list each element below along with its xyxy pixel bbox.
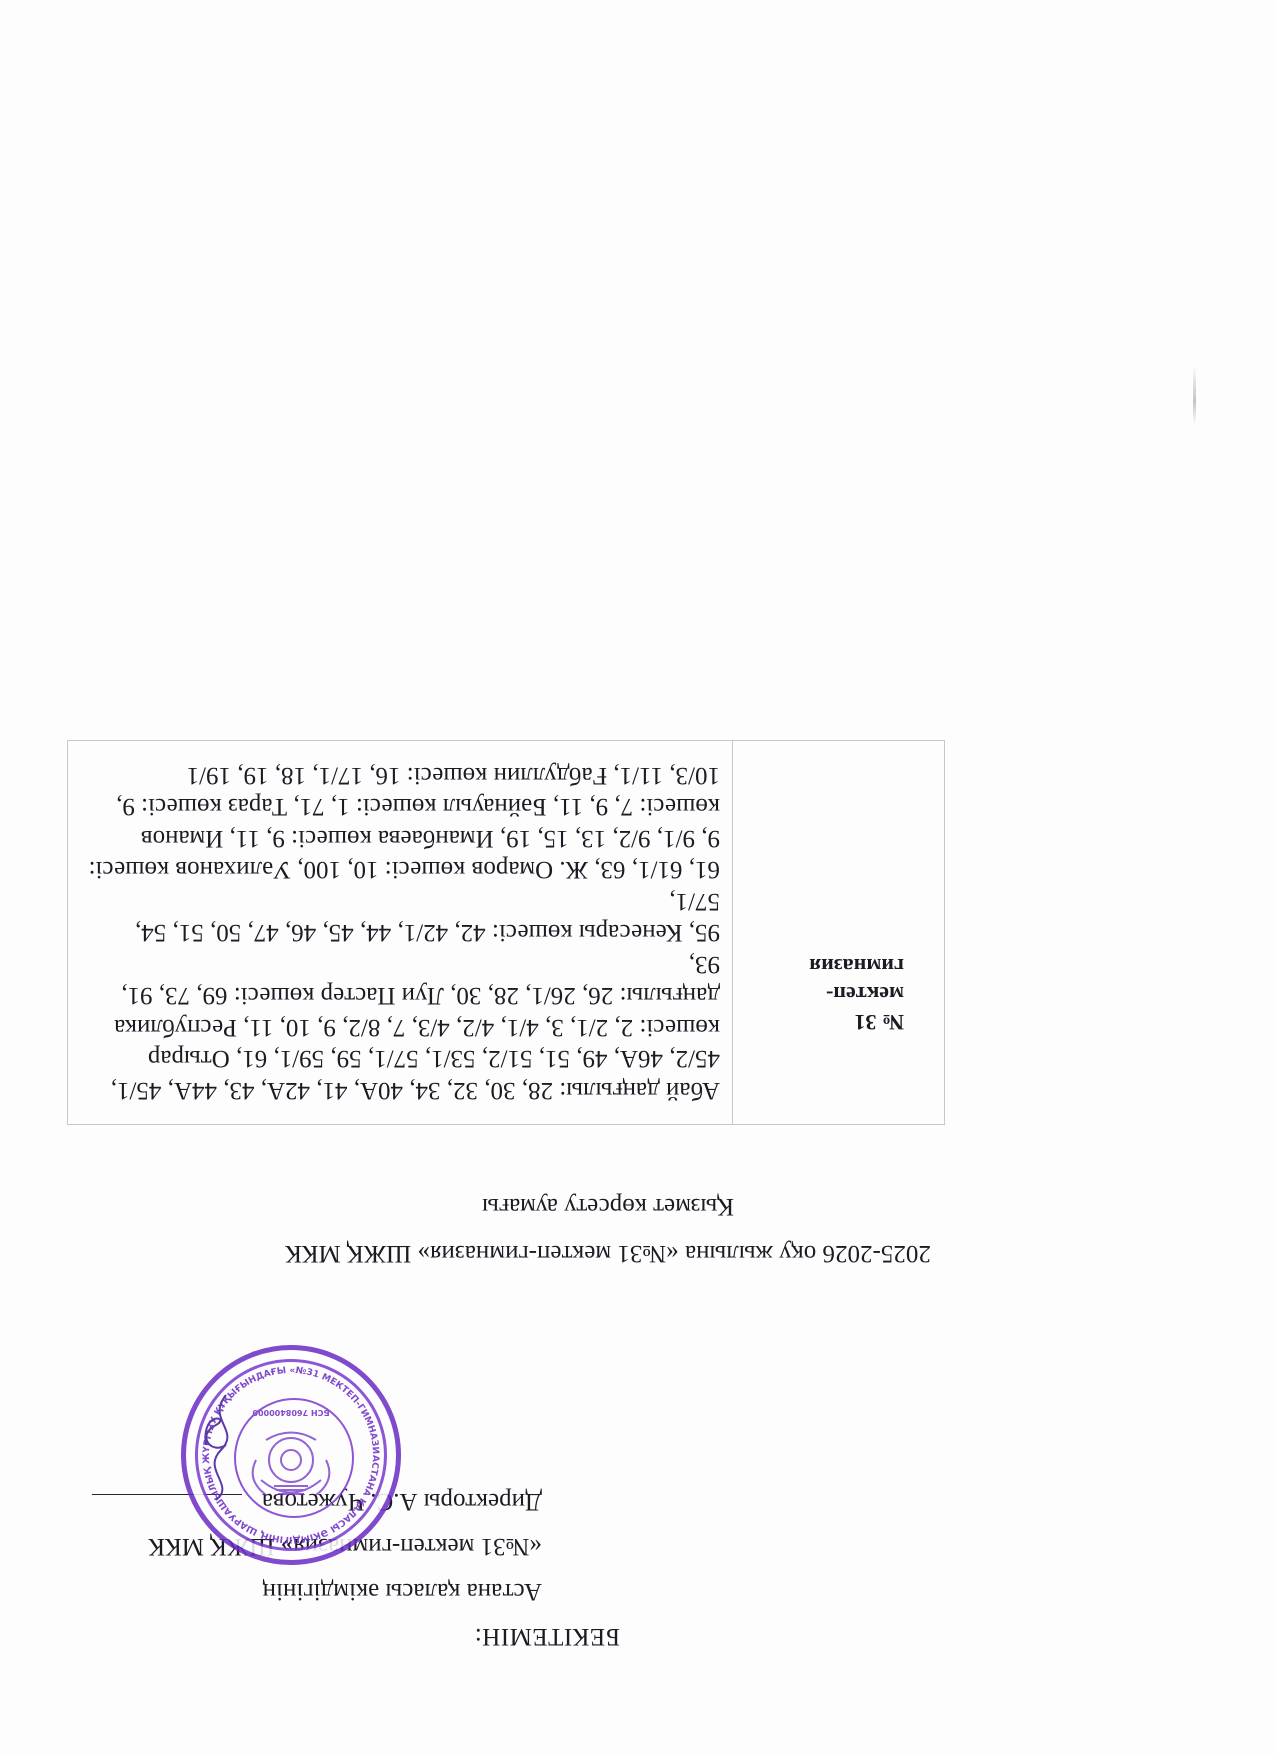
address-line: даңғылы: 26, 26/1, 28, 30, Луи Пастер кө… <box>88 949 720 1012</box>
school-name-line: № 31 <box>741 1008 904 1036</box>
document-subtitle: Қызмет көрсету аумағы <box>0 1192 1276 1220</box>
approval-organization: «№31 мектеп-гимназия» ШЖҚ МКК <box>60 1524 620 1569</box>
scan-artifact <box>1193 365 1196 425</box>
director-title: Директоры <box>424 1488 542 1515</box>
signature-line <box>92 1494 242 1496</box>
address-line: көшесі: 7, 9, 11, Бәйнауыл көшесі: 1, 71… <box>88 791 720 823</box>
approval-header: БЕКІТЕМІН: <box>60 1614 620 1659</box>
svg-text:БСН 7608400000: БСН 7608400000 <box>252 1408 330 1417</box>
address-line: 95, Кенесары көшесі: 42, 42/1, 44, 45, 4… <box>88 886 720 949</box>
approval-authority: Астана қаласы әкімдігінің <box>60 1569 620 1614</box>
address-line: 9, 9/1, 9/2, 13, 15, 19, Иманбаева көшес… <box>88 823 720 855</box>
director-name: А.С. Чужетова <box>262 1488 418 1515</box>
address-line: Абай даңғылы: 28, 30, 32, 34, 40А, 41, 4… <box>88 1075 720 1107</box>
service-territory-table: № 31 мектеп- гимназия Абай даңғылы: 28, … <box>67 740 945 1125</box>
address-line: көшесі: 2, 2/1, 3, 4/1, 4/2, 4/3, 7, 8/2… <box>88 1012 720 1044</box>
school-name-line: мектеп- <box>741 980 904 1008</box>
address-line: 10/3, 11/1, Ғабдуллин көшесі: 16, 17/1, … <box>88 760 720 792</box>
addresses-cell: Абай даңғылы: 28, 30, 32, 34, 40А, 41, 4… <box>68 741 733 1125</box>
document-title: 2025-2026 оқу жылына «№31 мектеп-гимнази… <box>0 1239 1276 1267</box>
address-line: 45/2, 46А, 49, 51, 51/2, 53/1, 57/1, 59,… <box>88 1043 720 1075</box>
approval-block: БЕКІТЕМІН: Астана қаласы әкімдігінің «№3… <box>60 1479 620 1659</box>
school-name-cell: № 31 мектеп- гимназия <box>733 741 945 1125</box>
table-row: № 31 мектеп- гимназия Абай даңғылы: 28, … <box>68 741 945 1125</box>
director-line: Директоры А.С. Чужетова <box>60 1479 620 1524</box>
document-page: БЕКІТЕМІН: Астана қаласы әкімдігінің «№3… <box>0 0 1276 1755</box>
school-name-line: гимназия <box>741 952 904 980</box>
address-line: 61, 61/1, 63, Ж. Омаров көшесі: 10, 100,… <box>88 854 720 886</box>
